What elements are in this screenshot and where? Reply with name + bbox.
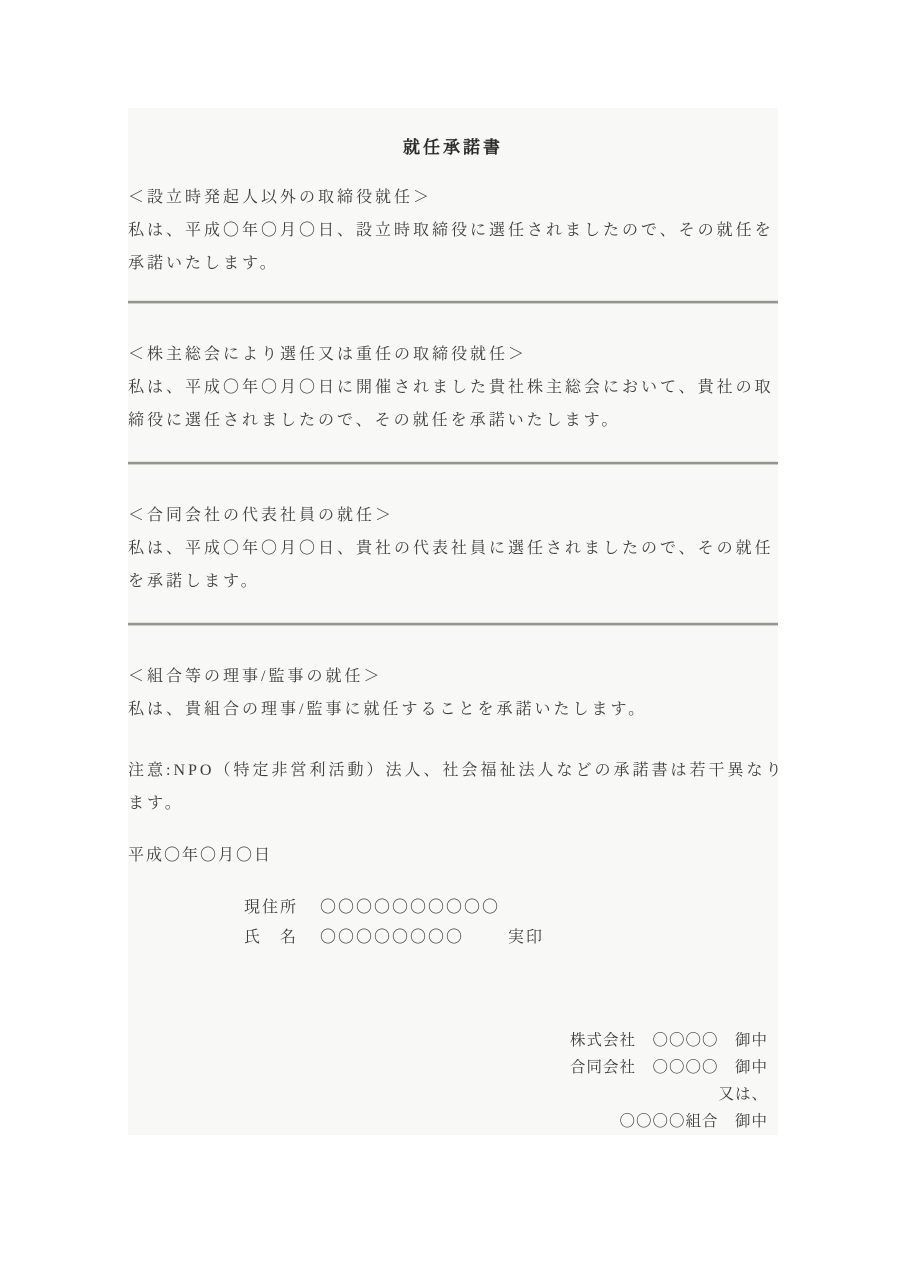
section-body-line: 締役に選任されましたので、その就任を承諾いたします。 bbox=[128, 404, 778, 437]
section-divider bbox=[128, 461, 778, 465]
registered-seal-label: 実印 bbox=[508, 929, 544, 946]
name-label: 氏 名 bbox=[244, 923, 298, 953]
note-line: 注意:NPO（特定非営利活動）法人、社会福祉法人などの承諾書は若干異なり bbox=[128, 754, 778, 787]
section-initial-director: ＜設立時発起人以外の取締役就任＞ 私は、平成〇年〇月〇日、設立時取締役に選任され… bbox=[128, 181, 778, 280]
signature-block: 現住所〇〇〇〇〇〇〇〇〇〇 氏 名〇〇〇〇〇〇〇〇実印 bbox=[128, 893, 778, 953]
section-body-line: を承諾します。 bbox=[128, 565, 778, 598]
name-placeholder: 〇〇〇〇〇〇〇〇 bbox=[320, 929, 464, 946]
section-heading: ＜株主総会により選任又は重任の取締役就任＞ bbox=[128, 338, 778, 371]
address-label: 現住所 bbox=[244, 893, 298, 923]
section-body-line: 私は、貴組合の理事/監事に就任することを承諾いたします。 bbox=[128, 693, 778, 726]
section-shareholders-meeting-director: ＜株主総会により選任又は重任の取締役就任＞ 私は、平成〇年〇月〇日に開催されまし… bbox=[128, 338, 778, 437]
addressee-line-godo: 合同会社 〇〇〇〇 御中 bbox=[128, 1054, 768, 1081]
section-association-officer: ＜組合等の理事/監事の就任＞ 私は、貴組合の理事/監事に就任することを承諾いたし… bbox=[128, 660, 778, 726]
section-divider bbox=[128, 300, 778, 304]
document-title: 就任承諾書 bbox=[128, 108, 778, 161]
section-body-line: 私は、平成〇年〇月〇日、貴社の代表社員に選任されましたので、その就任 bbox=[128, 532, 778, 565]
section-body-line: 私は、平成〇年〇月〇日、設立時取締役に選任されましたので、その就任を bbox=[128, 214, 778, 247]
section-heading: ＜設立時発起人以外の取締役就任＞ bbox=[128, 181, 778, 214]
section-body-line: 私は、平成〇年〇月〇日に開催されました貴社株主総会において、貴社の取 bbox=[128, 371, 778, 404]
section-heading: ＜組合等の理事/監事の就任＞ bbox=[128, 660, 778, 693]
addressee-line-kabushiki: 株式会社 〇〇〇〇 御中 bbox=[128, 1027, 768, 1054]
addressee-line-or: 又は、 bbox=[128, 1081, 768, 1108]
addressee-line-kumiai: 〇〇〇〇組合 御中 bbox=[128, 1108, 768, 1135]
signature-address-row: 現住所〇〇〇〇〇〇〇〇〇〇 bbox=[244, 893, 778, 923]
section-llc-representative: ＜合同会社の代表社員の就任＞ 私は、平成〇年〇月〇日、貴社の代表社員に選任されま… bbox=[128, 499, 778, 598]
section-divider bbox=[128, 622, 778, 626]
section-heading: ＜合同会社の代表社員の就任＞ bbox=[128, 499, 778, 532]
acceptance-letter-document: 就任承諾書 ＜設立時発起人以外の取締役就任＞ 私は、平成〇年〇月〇日、設立時取締… bbox=[128, 108, 778, 1135]
address-placeholder: 〇〇〇〇〇〇〇〇〇〇 bbox=[320, 899, 500, 916]
date-line: 平成〇年〇月〇日 bbox=[128, 839, 778, 872]
signature-name-row: 氏 名〇〇〇〇〇〇〇〇実印 bbox=[244, 923, 778, 953]
page: 就任承諾書 ＜設立時発起人以外の取締役就任＞ 私は、平成〇年〇月〇日、設立時取締… bbox=[0, 0, 905, 1280]
section-body-line: 承諾いたします。 bbox=[128, 247, 778, 280]
note-line: ます。 bbox=[128, 787, 778, 820]
npo-note: 注意:NPO（特定非営利活動）法人、社会福祉法人などの承諾書は若干異なり ます。 bbox=[128, 754, 778, 820]
addressee-block: 株式会社 〇〇〇〇 御中 合同会社 〇〇〇〇 御中 又は、 〇〇〇〇組合 御中 bbox=[128, 1027, 778, 1135]
